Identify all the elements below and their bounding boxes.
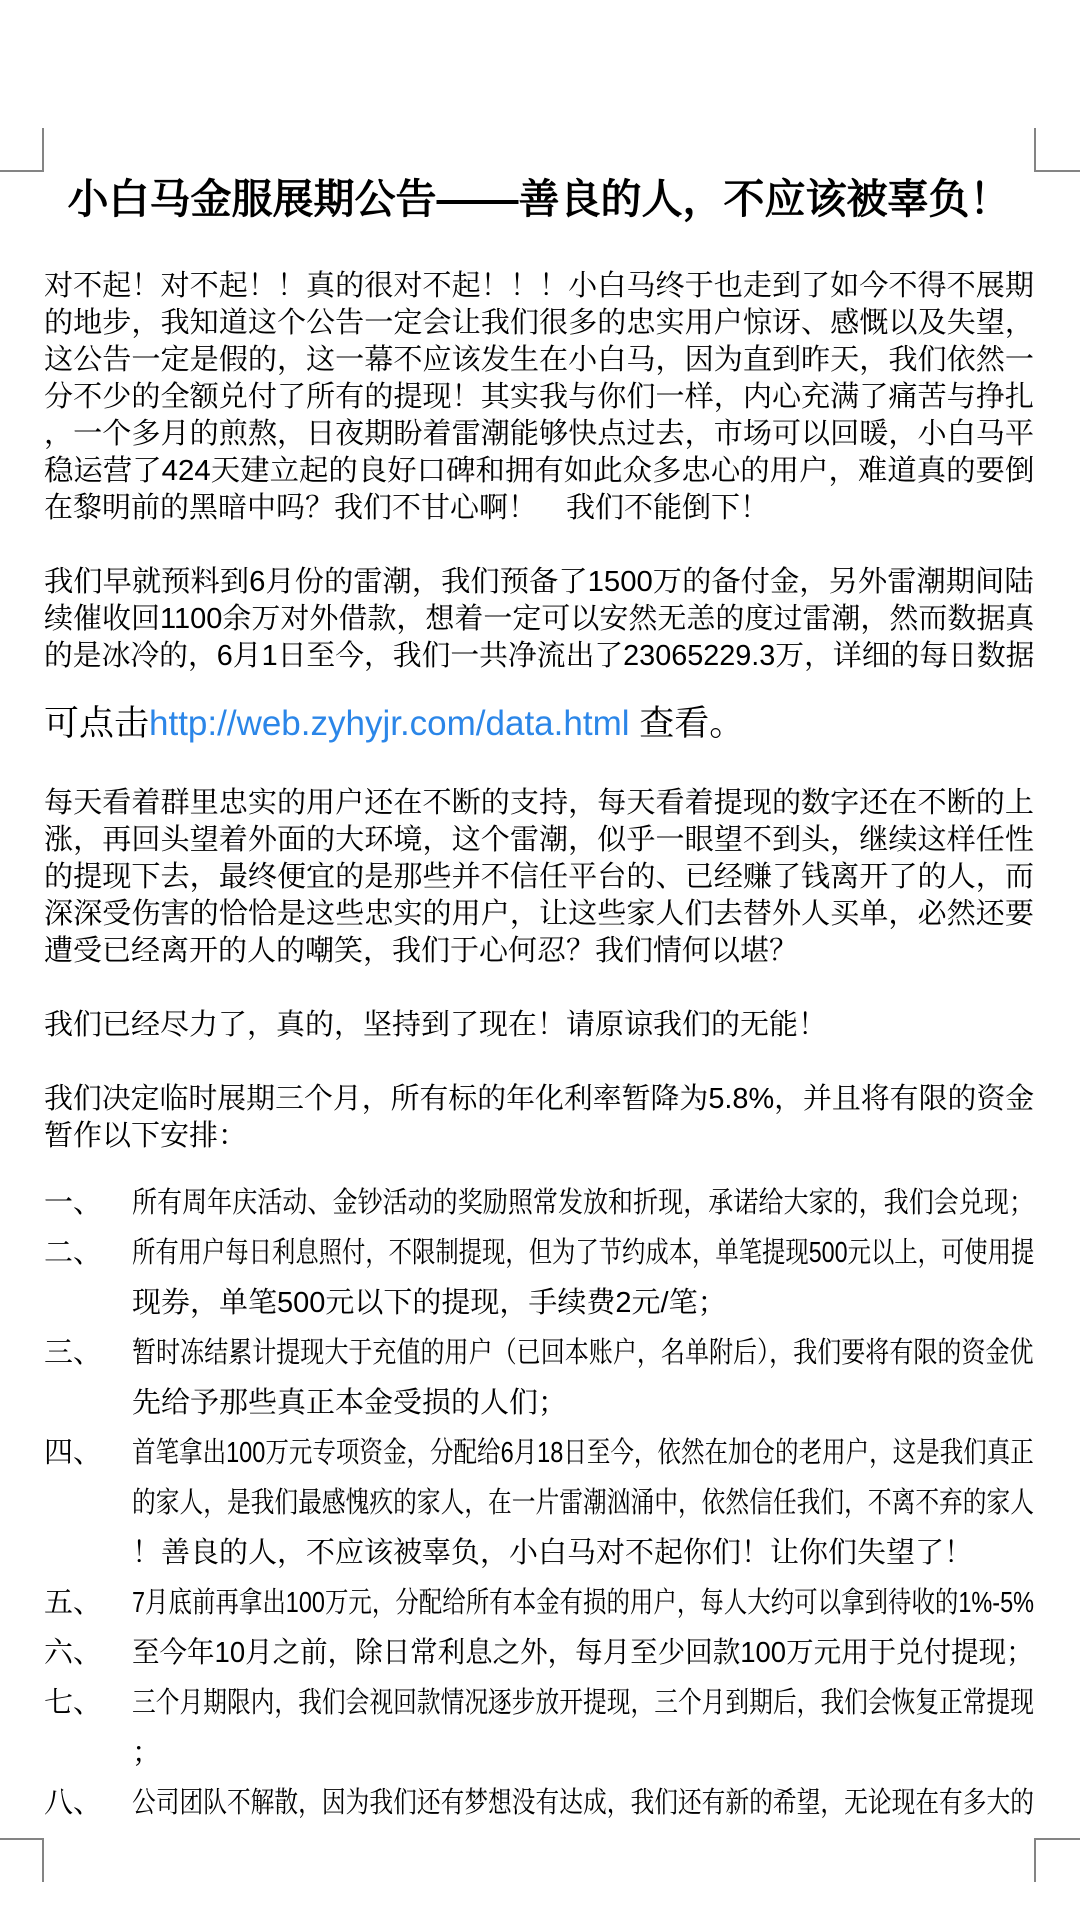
crop-mark-top-right bbox=[1034, 128, 1080, 172]
text-line: 我们早就预料到6月份的雷潮，我们预备了1500万的备付金，另外雷潮期间陆 bbox=[44, 564, 1034, 601]
text-line: 至今年10月之前，除日常利息之外，每月至少回款100万元用于兑付提现； bbox=[132, 1628, 1034, 1678]
list-item: 六、至今年10月之前，除日常利息之外，每月至少回款100万元用于兑付提现； bbox=[44, 1628, 1034, 1678]
paragraph: 每天看着群里忠实的用户还在不断的支持，每天看着提现的数字还在不断的上涨，再回头望… bbox=[44, 785, 1034, 970]
text-line: 我们已经尽力了，真的，坚持到了现在！请原谅我们的无能！ bbox=[44, 1007, 827, 1044]
text-line: 我们决定临时展期三个月，所有标的年化利率暂降为5.8%，并且将有限的资金 bbox=[44, 1081, 1034, 1118]
paragraph: 对不起！对不起！！真的很对不起！！！小白马终于也走到了如今不得不展期的地步，我知… bbox=[44, 268, 1034, 527]
text-line: 所有用户每日利息照付，不限制提现，但为了节约成本，单笔提现500元以上，可使用提 bbox=[132, 1228, 1034, 1278]
text-line: 这公告一定是假的，这一幕不应该发生在小白马，因为直到昨天，我们依然一 bbox=[44, 342, 1034, 379]
text-line: 现券，单笔500元以下的提现，手续费2元/笔； bbox=[132, 1278, 727, 1328]
text-line: 深深受伤害的恰恰是这些忠实的用户，让这些家人们去替外人买单，必然还要 bbox=[44, 896, 1034, 933]
page-title: 小白马金服展期公告——善良的人，不应该被辜负！ bbox=[44, 175, 1034, 223]
list-item-number: 七、 bbox=[44, 1678, 102, 1728]
text-line: 首笔拿出100万元专项资金，分配给6月18日至今，依然在加仓的老用户，这是我们真… bbox=[132, 1428, 1034, 1478]
text-line: 分不少的全额兑付了所有的提现！其实我与你们一样，内心充满了痛苦与挣扎 bbox=[44, 379, 1034, 416]
list-item-number: 四、 bbox=[44, 1428, 102, 1478]
list-item: 二、所有用户每日利息照付，不限制提现，但为了节约成本，单笔提现500元以上，可使… bbox=[44, 1228, 1034, 1328]
list-item: 一、所有周年庆活动、金钞活动的奖励照常发放和折现，承诺给大家的，我们会兑现； bbox=[44, 1178, 1034, 1228]
text-line: 遭受已经离开的人的嘲笑，我们于心何忍？我们情何以堪？ bbox=[44, 933, 798, 970]
list-item-number: 一、 bbox=[44, 1178, 102, 1228]
text-line: ，一个多月的煎熬，日夜期盼着雷潮能够快点过去，市场可以回暖，小白马平 bbox=[44, 416, 1034, 453]
text-line: ！善良的人，不应该被辜负，小白马对不起你们！让你们失望了！ bbox=[132, 1528, 973, 1578]
crop-mark-bottom-left bbox=[0, 1838, 44, 1882]
list-item: 五、7月底前再拿出100万元，分配给所有本金有损的用户，每人大约可以拿到待收的1… bbox=[44, 1578, 1034, 1628]
document-content: 小白马金服展期公告——善良的人，不应该被辜负！ 对不起！对不起！！真的很对不起！… bbox=[44, 171, 1034, 1828]
text-line: ； bbox=[132, 1728, 161, 1778]
list-item-number: 三、 bbox=[44, 1328, 102, 1378]
list-item: 八、公司团队不解散，因为我们还有梦想没有达成，我们还有新的希望，无论现在有多大的 bbox=[44, 1778, 1034, 1828]
list-item-number: 二、 bbox=[44, 1228, 102, 1278]
page-title-text: 小白马金服展期公告——善良的人，不应该被辜负！ bbox=[68, 175, 1011, 223]
paragraph: 我们已经尽力了，真的，坚持到了现在！请原谅我们的无能！ bbox=[44, 1007, 1034, 1044]
paragraphs-container: 对不起！对不起！！真的很对不起！！！小白马终于也走到了如今不得不展期的地步，我知… bbox=[44, 268, 1034, 1155]
text-line: 的是冰冷的，6月1日至今，我们一共净流出了23065229.3万，详细的每日数据 bbox=[44, 638, 1034, 675]
text-line: 对不起！对不起！！真的很对不起！！！小白马终于也走到了如今不得不展期 bbox=[44, 268, 1034, 305]
list-item: 三、暂时冻结累计提现大于充值的用户（已回本账户，名单附后），我们要将有限的资金优… bbox=[44, 1328, 1034, 1428]
list-item: 七、三个月期限内，我们会视回款情况逐步放开提现，三个月到期后，我们会恢复正常提现… bbox=[44, 1678, 1034, 1778]
text-line: 先给予那些真正本金受损的人们； bbox=[132, 1378, 567, 1428]
list-item-number: 八、 bbox=[44, 1778, 102, 1828]
text-line: 续催收回1100余万对外借款，想着一定可以安然无恙的度过雷潮，然而数据真 bbox=[44, 601, 1034, 638]
link-suffix-text: 查看。 bbox=[630, 704, 745, 743]
text-line: 公司团队不解散，因为我们还有梦想没有达成，我们还有新的希望，无论现在有多大的 bbox=[132, 1778, 1034, 1828]
crop-mark-top-left bbox=[0, 128, 44, 172]
link-paragraph: 可点击http://web.zyhyjr.com/data.html 查看。 bbox=[44, 700, 1034, 748]
text-line: 的提现下去，最终便宜的是那些并不信任平台的、已经赚了钱离开了的人，而 bbox=[44, 859, 1034, 896]
crop-mark-bottom-right bbox=[1034, 1838, 1080, 1882]
text-line: 暂作以下安排： bbox=[44, 1118, 247, 1155]
text-line: 7月底前再拿出100万元，分配给所有本金有损的用户，每人大约可以拿到待收的1%-… bbox=[132, 1578, 1034, 1628]
text-line: 暂时冻结累计提现大于充值的用户（已回本账户，名单附后），我们要将有限的资金优 bbox=[132, 1328, 1034, 1378]
paragraph: 我们决定临时展期三个月，所有标的年化利率暂降为5.8%，并且将有限的资金暂作以下… bbox=[44, 1081, 1034, 1155]
paragraph: 我们早就预料到6月份的雷潮，我们预备了1500万的备付金，另外雷潮期间陆续催收回… bbox=[44, 564, 1034, 675]
data-page-link[interactable]: http://web.zyhyjr.com/data.html bbox=[149, 704, 629, 743]
text-line: 三个月期限内，我们会视回款情况逐步放开提现，三个月到期后，我们会恢复正常提现 bbox=[132, 1678, 1034, 1728]
text-line: 的地步，我知道这个公告一定会让我们很多的忠实用户惊讶、感慨以及失望， bbox=[44, 305, 1034, 342]
text-line: 涨，再回头望着外面的大环境，这个雷潮，似乎一眼望不到头，继续这样任性 bbox=[44, 822, 1034, 859]
list-item-number: 六、 bbox=[44, 1628, 102, 1678]
text-line: 所有周年庆活动、金钞活动的奖励照常发放和折现，承诺给大家的，我们会兑现； bbox=[132, 1178, 1034, 1228]
numbered-list: 一、所有周年庆活动、金钞活动的奖励照常发放和折现，承诺给大家的，我们会兑现；二、… bbox=[44, 1178, 1034, 1828]
list-item: 四、首笔拿出100万元专项资金，分配给6月18日至今，依然在加仓的老用户，这是我… bbox=[44, 1428, 1034, 1578]
announcement-page: 小白马金服展期公告——善良的人，不应该被辜负！ 对不起！对不起！！真的很对不起！… bbox=[0, 0, 1080, 1920]
text-line: 在黎明前的黑暗中吗？我们不甘心啊！ 我们不能倒下！ bbox=[44, 490, 769, 527]
list-item-number: 五、 bbox=[44, 1578, 102, 1628]
text-line: 稳运营了424天建立起的良好口碑和拥有如此众多忠心的用户，难道真的要倒 bbox=[44, 453, 1034, 490]
link-prefix-text: 可点击 bbox=[44, 704, 149, 743]
text-line: 每天看着群里忠实的用户还在不断的支持，每天看着提现的数字还在不断的上 bbox=[44, 785, 1034, 822]
text-line: 的家人，是我们最感愧疚的家人，在一片雷潮汹涌中，依然信任我们，不离不弃的家人 bbox=[132, 1478, 1034, 1528]
